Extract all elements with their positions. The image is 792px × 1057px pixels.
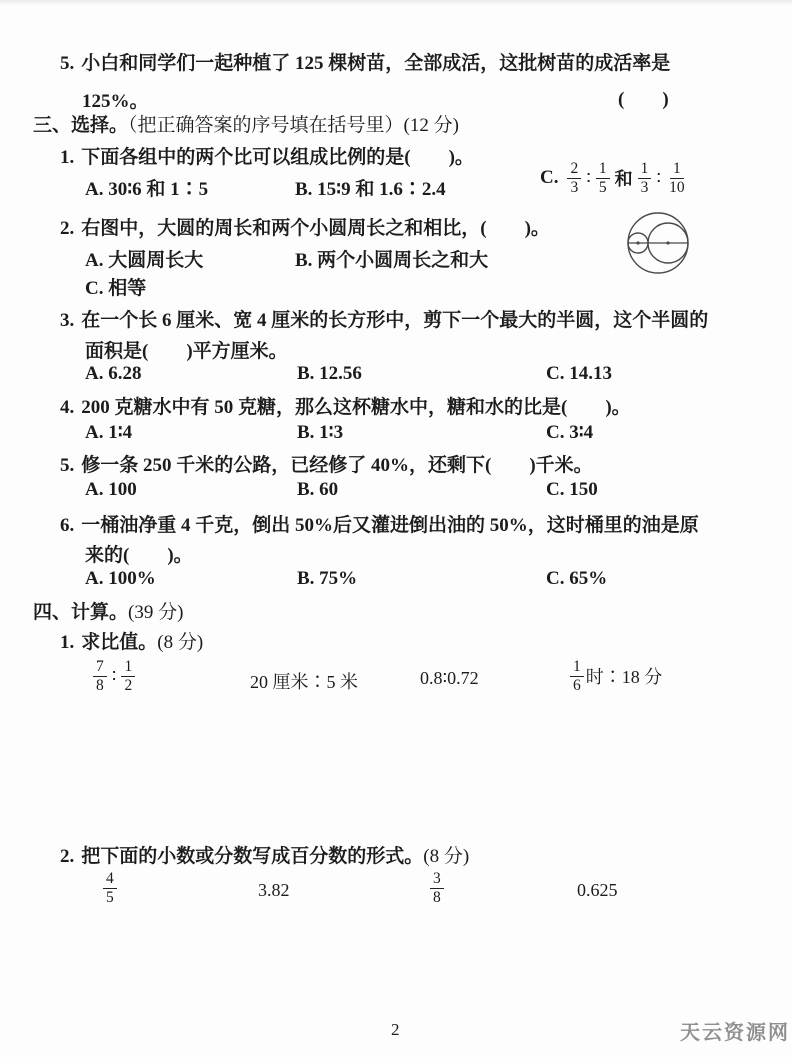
judge-q5-line2: 125%。 bbox=[82, 86, 149, 113]
connector-text: 和 bbox=[615, 165, 633, 191]
choice-q5-option-c: C. 150 bbox=[546, 479, 598, 501]
fraction: 78 bbox=[93, 658, 107, 695]
question-text: 下面各组中的两个比可以组成比例的是( )。 bbox=[81, 147, 474, 168]
circles-figure bbox=[627, 212, 689, 274]
choice-q3-option-a: A. 6.28 bbox=[85, 363, 141, 385]
bracket-text: ( ) bbox=[618, 89, 669, 110]
fraction: 16 bbox=[570, 658, 584, 695]
question-text: 来的( )。 bbox=[85, 545, 193, 566]
choice-q6-line1: 6.一桶油净重 4 千克，倒出 50%后又灌进倒出油的 50%，这时桶里的油是原 bbox=[60, 510, 699, 537]
numerator: 1 bbox=[121, 658, 135, 677]
calc-sub1-expr2: 20 厘米∶5 米 bbox=[250, 668, 358, 694]
choice-q4-option-b: B. 1∶3 bbox=[297, 421, 343, 444]
denominator: 3 bbox=[567, 179, 581, 197]
calc-sub2-expr2: 3.82 bbox=[258, 880, 290, 901]
judge-q5-line1: 5.小白和同学们一起种植了 125 棵树苗，全部成活，这批树苗的成活率是 bbox=[60, 48, 670, 75]
calc-sub1-expr1: 78 ∶ 12 bbox=[93, 658, 135, 695]
question-number: 4. bbox=[60, 397, 74, 418]
numerator: 1 bbox=[638, 160, 652, 179]
question-text: 小白和同学们一起种植了 125 棵树苗，全部成活，这批树苗的成活率是 bbox=[81, 53, 670, 74]
denominator: 5 bbox=[103, 889, 117, 907]
numerator: 7 bbox=[93, 658, 107, 677]
numerator: 1 bbox=[596, 160, 610, 179]
numerator: 1 bbox=[670, 160, 684, 179]
fraction: 45 bbox=[103, 870, 117, 907]
question-text: 125%。 bbox=[82, 91, 149, 112]
question-text: 右图中，大圆的周长和两个小圆周长之和相比，( )。 bbox=[81, 218, 550, 239]
question-text: 求比值。 bbox=[81, 632, 157, 653]
section-calc-header: 四、计算。(39 分) bbox=[33, 597, 183, 624]
question-text: 一桶油净重 4 千克，倒出 50%后又灌进倒出油的 50%，这时桶里的油是原 bbox=[81, 515, 699, 536]
fraction: 12 bbox=[121, 658, 135, 695]
denominator: 10 bbox=[666, 179, 688, 197]
question-text: 面积是( )平方厘米。 bbox=[85, 341, 288, 362]
expression-text: 时∶18 分 bbox=[586, 663, 663, 689]
section-score: (12 分) bbox=[404, 115, 459, 136]
ratio-colon: ∶ bbox=[586, 168, 591, 189]
numerator: 1 bbox=[570, 658, 584, 677]
choice-q1-option-a: A. 30∶6 和 1∶5 bbox=[85, 174, 208, 201]
ratio-colon: ∶ bbox=[656, 168, 661, 189]
question-text: 200 克糖水中有 50 克糖，那么这杯糖水中，糖和水的比是( )。 bbox=[81, 397, 630, 418]
choice-q2-option-b: B. 两个小圆周长之和大 bbox=[295, 245, 488, 272]
choice-q6-option-b: B. 75% bbox=[297, 568, 357, 590]
choice-q5-option-a: A. 100 bbox=[85, 479, 137, 501]
question-number: 1. bbox=[60, 632, 74, 653]
answer-bracket: ( ) bbox=[618, 84, 669, 111]
fraction: 23 bbox=[567, 160, 581, 197]
fraction: 13 bbox=[638, 160, 652, 197]
choice-q2-option-a: A. 大圆周长大 bbox=[85, 245, 203, 272]
ratio-colon: ∶ bbox=[112, 666, 117, 687]
choice-q5: 5.修一条 250 千米的公路，已经修了 40%，还剩下( )千米。 bbox=[60, 450, 593, 477]
section-choice-header: 三、选择。（把正确答案的序号填在括号里）(12 分) bbox=[33, 110, 459, 137]
question-number: 3. bbox=[60, 310, 74, 331]
fraction: 38 bbox=[430, 870, 444, 907]
question-text: 在一个长 6 厘米、宽 4 厘米的长方形中，剪下一个最大的半圆，这个半圆的 bbox=[81, 310, 708, 331]
denominator: 3 bbox=[638, 179, 652, 197]
calc-sub1-expr4: 16 时∶18 分 bbox=[570, 658, 662, 695]
choice-q3-line1: 3.在一个长 6 厘米、宽 4 厘米的长方形中，剪下一个最大的半圆，这个半圆的 bbox=[60, 305, 708, 332]
denominator: 5 bbox=[596, 179, 610, 197]
question-score: (8 分) bbox=[157, 632, 203, 653]
denominator: 2 bbox=[121, 677, 135, 695]
choice-q6-option-a: A. 100% bbox=[85, 568, 156, 590]
option-label: C. bbox=[540, 167, 558, 189]
choice-q2-option-c: C. 相等 bbox=[85, 273, 146, 300]
question-number: 2. bbox=[60, 218, 74, 239]
exam-paper-page: 5.小白和同学们一起种植了 125 棵树苗，全部成活，这批树苗的成活率是 125… bbox=[0, 0, 792, 1057]
numerator: 3 bbox=[430, 870, 444, 889]
choice-q4-option-c: C. 3∶4 bbox=[546, 421, 593, 444]
calc-sub2-header: 2.把下面的小数或分数写成百分数的形式。(8 分) bbox=[60, 841, 469, 868]
calc-sub1-expr3: 0.8∶0.72 bbox=[420, 668, 479, 689]
question-number: 5. bbox=[60, 53, 74, 74]
question-number: 5. bbox=[60, 455, 74, 476]
question-text: 修一条 250 千米的公路，已经修了 40%，还剩下( )千米。 bbox=[81, 455, 592, 476]
choice-q6-option-c: C. 65% bbox=[546, 568, 607, 590]
question-score: (8 分) bbox=[423, 846, 469, 867]
question-number: 6. bbox=[60, 515, 74, 536]
watermark: 天云资源网 bbox=[680, 1016, 790, 1045]
page-number: 2 bbox=[391, 1020, 400, 1040]
choice-q3-line2: 面积是( )平方厘米。 bbox=[85, 336, 288, 363]
choice-q2: 2.右图中，大圆的周长和两个小圆周长之和相比，( )。 bbox=[60, 213, 550, 240]
numerator: 4 bbox=[103, 870, 117, 889]
choice-q6-line2: 来的( )。 bbox=[85, 540, 193, 567]
section-title: 三、选择。 bbox=[33, 115, 128, 136]
question-text: 把下面的小数或分数写成百分数的形式。 bbox=[81, 846, 423, 867]
calc-sub1-header: 1.求比值。(8 分) bbox=[60, 627, 203, 654]
choice-q3-option-b: B. 12.56 bbox=[297, 363, 362, 385]
section-score: (39 分) bbox=[128, 602, 183, 623]
calc-sub2-expr4: 0.625 bbox=[577, 880, 618, 901]
choice-q4-option-a: A. 1∶4 bbox=[85, 421, 132, 444]
choice-q4: 4.200 克糖水中有 50 克糖，那么这杯糖水中，糖和水的比是( )。 bbox=[60, 392, 631, 419]
section-instruction: （把正确答案的序号填在括号里） bbox=[128, 115, 404, 136]
question-number: 1. bbox=[60, 147, 74, 168]
fraction: 15 bbox=[596, 160, 610, 197]
calc-sub2-expr3: 38 bbox=[430, 870, 444, 907]
fraction: 110 bbox=[666, 160, 688, 197]
choice-q3-option-c: C. 14.13 bbox=[546, 363, 612, 385]
choice-q1-option-c: C. 23 ∶ 15 和 13 ∶ 110 bbox=[540, 160, 688, 197]
numerator: 2 bbox=[567, 160, 581, 179]
denominator: 8 bbox=[93, 677, 107, 695]
question-number: 2. bbox=[60, 846, 74, 867]
denominator: 6 bbox=[570, 677, 584, 695]
calc-sub2-expr1: 45 bbox=[103, 870, 117, 907]
section-title: 四、计算。 bbox=[33, 602, 128, 623]
denominator: 8 bbox=[430, 889, 444, 907]
choice-q1-option-b: B. 15∶9 和 1.6∶2.4 bbox=[295, 174, 446, 201]
choice-q1: 1.下面各组中的两个比可以组成比例的是( )。 bbox=[60, 142, 474, 169]
choice-q5-option-b: B. 60 bbox=[297, 479, 338, 501]
